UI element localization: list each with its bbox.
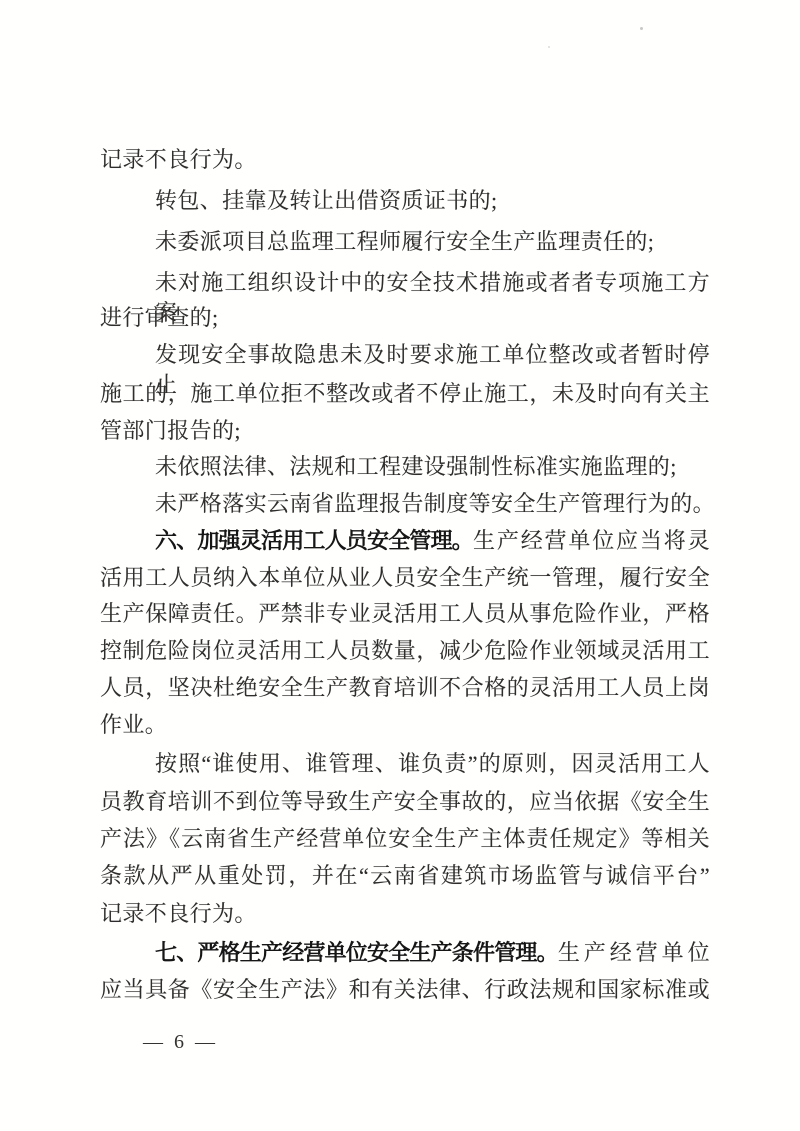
line-text: 未严格落实云南省监理报告制度等安全生产管理行为的。 <box>155 491 715 516</box>
line-text: 作业。 <box>100 712 167 737</box>
text-line: 作业。 <box>100 710 167 740</box>
text-line: 转包、挂靠及转让出借资质证书的; <box>155 186 498 216</box>
line-text: 生产经营单位应当将灵 <box>473 526 710 556</box>
section-heading-six: 六、加强灵活用工人员安全管理。 <box>155 526 473 556</box>
line-text: 施工的，施工单位拒不整改或者不停止施工，未及时向有关主 <box>100 381 710 406</box>
text-line: 记录不良行为。 <box>100 145 257 175</box>
line-text: 记录不良行为。 <box>100 147 257 172</box>
line-text: 未委派项目总监理工程师履行安全生产监理责任的; <box>155 229 654 254</box>
text-line: 管部门报告的; <box>100 416 241 446</box>
section-heading-line: 七、严格生产经营单位安全生产条件管理。 生产经营单位 <box>155 938 710 968</box>
page-number: — 6 — <box>143 1031 218 1054</box>
line-text: 员教育培训不到位等导致生产安全事故的，应当依据《安全生 <box>100 789 710 814</box>
scan-speck <box>548 46 550 48</box>
line-text: 未依照法律、法规和工程建设强制性标准实施监理的; <box>155 454 677 479</box>
text-line: 未对施工组织设计中的安全技术措施或者者专项施工方案 <box>155 268 710 328</box>
line-text: 控制危险岗位灵活用工人员数量，减少危险作业领域灵活用工 <box>100 638 710 663</box>
document-page: 记录不良行为。 转包、挂靠及转让出借资质证书的; 未委派项目总监理工程师履行安全… <box>0 0 800 1131</box>
line-text: 活用工人员纳入本单位从业人员安全生产统一管理，履行安全 <box>100 565 710 590</box>
line-text: 生产经营单位 <box>558 938 710 968</box>
line-text: 转包、挂靠及转让出借资质证书的; <box>155 188 498 213</box>
text-line: 未严格落实云南省监理报告制度等安全生产管理行为的。 <box>155 489 715 519</box>
text-line: 条款从严从重处罚，并在“云南省建筑市场监管与诚信平台” <box>100 861 710 891</box>
section-heading-line: 六、加强灵活用工人员安全管理。 生产经营单位应当将灵 <box>155 526 710 556</box>
text-line: 记录不良行为。 <box>100 899 257 929</box>
line-text: 按照“谁使用、谁管理、谁负责”的原则，因灵活用工人 <box>155 751 710 776</box>
text-line: 施工的，施工单位拒不整改或者不停止施工，未及时向有关主 <box>100 379 710 409</box>
text-line: 活用工人员纳入本单位从业人员安全生产统一管理，履行安全 <box>100 563 710 593</box>
line-text: 未对施工组织设计中的安全技术措施或者者专项施工方案 <box>155 270 710 325</box>
line-text: 应当具备《安全生产法》和有关法律、行政法规和国家标准或 <box>100 977 710 1002</box>
section-heading-seven: 七、严格生产经营单位安全生产条件管理。 <box>155 938 558 968</box>
text-line: 应当具备《安全生产法》和有关法律、行政法规和国家标准或 <box>100 975 710 1005</box>
line-text: 人员，坚决杜绝安全生产教育培训不合格的灵活用工人员上岗 <box>100 675 710 700</box>
line-text: 记录不良行为。 <box>100 901 257 926</box>
text-line: 生产保障责任。严禁非专业灵活用工人员从事危险作业，严格 <box>100 599 710 629</box>
text-line: 未依照法律、法规和工程建设强制性标准实施监理的; <box>155 452 677 482</box>
text-line: 控制危险岗位灵活用工人员数量，减少危险作业领域灵活用工 <box>100 636 710 666</box>
text-line: 员教育培训不到位等导致生产安全事故的，应当依据《安全生 <box>100 787 710 817</box>
text-line: 按照“谁使用、谁管理、谁负责”的原则，因灵活用工人 <box>155 749 710 779</box>
line-text: 生产保障责任。严禁非专业灵活用工人员从事危险作业，严格 <box>100 601 710 626</box>
text-line: 产法》《云南省生产经营单位安全生产主体责任规定》等相关 <box>100 824 710 854</box>
line-text: 产法》《云南省生产经营单位安全生产主体责任规定》等相关 <box>100 826 710 851</box>
text-line: 人员，坚决杜绝安全生产教育培训不合格的灵活用工人员上岗 <box>100 673 710 703</box>
scan-speck <box>640 27 643 30</box>
text-line: 进行审查的; <box>100 303 219 333</box>
line-text: 管部门报告的; <box>100 418 241 443</box>
line-text: 进行审查的; <box>100 305 219 330</box>
line-text: 条款从严从重处罚，并在“云南省建筑市场监管与诚信平台” <box>100 863 710 888</box>
text-line: 未委派项目总监理工程师履行安全生产监理责任的; <box>155 227 654 257</box>
